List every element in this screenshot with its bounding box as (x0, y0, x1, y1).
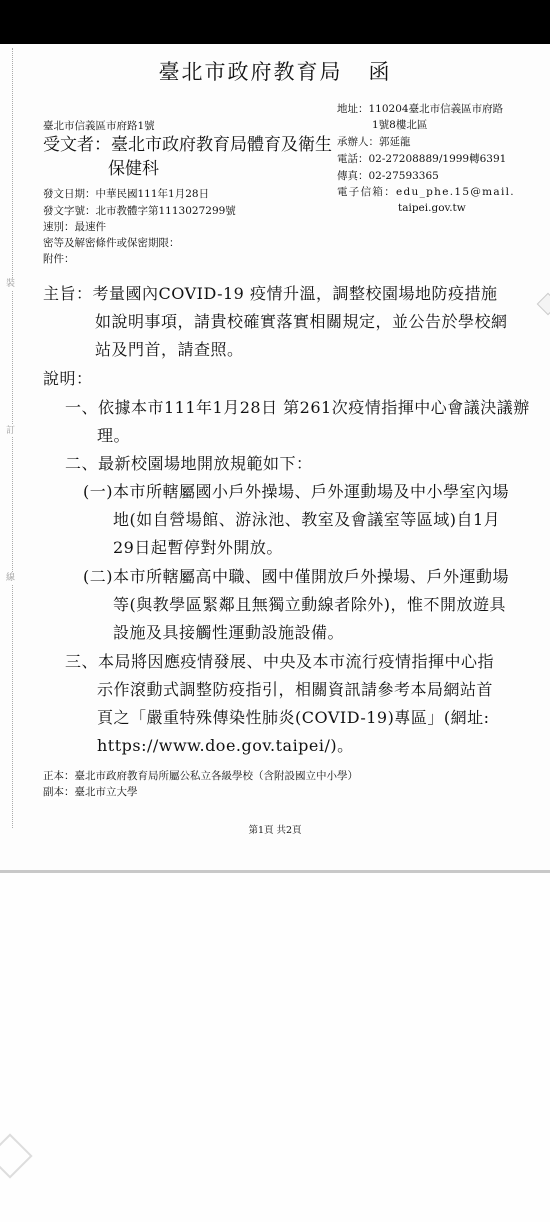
binding-mark-zhuang: 裝 (6, 278, 15, 290)
subject-line-2: 如說明事項，請貴校確實落實相關規定，並公告於學校網 (95, 308, 508, 336)
sub-2-line-2: 等(與教學區緊鄰且無獨立動線者除外)，惟不開放遊具 (113, 591, 506, 619)
contact-email-2: taipei.gov.tw (398, 200, 466, 216)
contact-address-2: 1號8樓北區 (372, 117, 427, 133)
doc-type: 函 (369, 60, 392, 84)
issue-number: 發文字號：北市教體字第1113027299號 (43, 203, 236, 219)
document-title: 臺北市政府教育局函 (0, 56, 550, 86)
recipient: 受文者：臺北市政府教育局體育及衛生 (43, 134, 332, 156)
subject-text-1: 考量國內COVID-19 疫情升溫，調整校園場地防疫措施 (93, 284, 498, 303)
item-2: 二、最新校園場地開放規範如下： (65, 450, 313, 478)
recipient-name-cont: 保健科 (108, 158, 159, 180)
item-3-line-2: 示作滾動式調整防疫指引，相關資訊請參考本局網站首 (97, 676, 493, 704)
contact-fax: 傳真：02-27593365 (337, 168, 439, 184)
sender-address: 臺北市信義區市府路1號 (43, 118, 155, 134)
issue-date: 發文日期：中華民國111年1月28日 (43, 186, 209, 202)
item-1-line-1: 一、依據本市111年1月28日 第261次疫情指揮中心會議決議辦 (65, 394, 530, 422)
attachment: 附件： (43, 251, 75, 267)
page-number: 第1頁 共2頁 (0, 822, 550, 836)
sub-1-line-3: 29日起暫停對外開放。 (113, 534, 283, 562)
item-1-line-2: 理。 (97, 422, 130, 450)
subject-label: 主旨： (43, 284, 93, 303)
contact-handler: 承辦人：郭延龍 (337, 134, 411, 150)
confidentiality: 密等及解密條件或保密期限： (43, 235, 180, 251)
subject-line-1: 主旨：考量國內COVID-19 疫情升溫，調整校園場地防疫措施 (43, 280, 497, 308)
sub-2-line-1: (二)本市所轄屬高中職、國中僅開放戶外操場、戶外運動場 (83, 563, 509, 591)
contact-email-1: 電子信箱：edu_phe.15@mail. (337, 184, 515, 200)
recipient-name: 臺北市政府教育局體育及衛生 (111, 135, 332, 155)
blank-area (0, 873, 550, 1222)
distribution-copy: 副本：臺北市立大學 (43, 784, 138, 800)
contact-address-1: 地址：110204臺北市信義區市府路 (337, 101, 503, 117)
urgency: 速別：最速件 (43, 219, 106, 235)
top-black-bar (0, 0, 550, 44)
distribution-original: 正本：臺北市政府教育局所屬公私立各級學校（含附設國立中小學） (43, 768, 358, 784)
subject-line-3: 站及門首，請查照。 (95, 336, 244, 364)
recipient-label: 受文者： (43, 135, 111, 155)
item-3-line-3: 頁之「嚴重特殊傳染性肺炎(COVID-19)專區」(網址: (97, 704, 489, 732)
item-3-line-1: 三、本局將因應疫情發展、中央及本市流行疫情指揮中心指 (65, 648, 494, 676)
binding-line (12, 48, 13, 828)
sub-1-line-2: 地(如自營場館、游泳池、教室及會議室等區域)自1月 (113, 506, 500, 534)
binding-mark-xian: 線 (6, 572, 15, 584)
binding-mark-ding: 訂 (6, 425, 15, 437)
explanation-label: 說明： (43, 365, 93, 393)
sub-1-line-1: (一)本市所轄屬國小戶外操場、戶外運動場及中小學室內場 (83, 478, 509, 506)
agency-name: 臺北市政府教育局 (159, 60, 343, 84)
item-3-line-4: https://www.doe.gov.taipei/)。 (97, 732, 354, 760)
sub-2-line-3: 設施及具接觸性運動設施設備。 (113, 619, 344, 647)
contact-phone: 電話：02-27208889/1999轉6391 (337, 151, 506, 167)
